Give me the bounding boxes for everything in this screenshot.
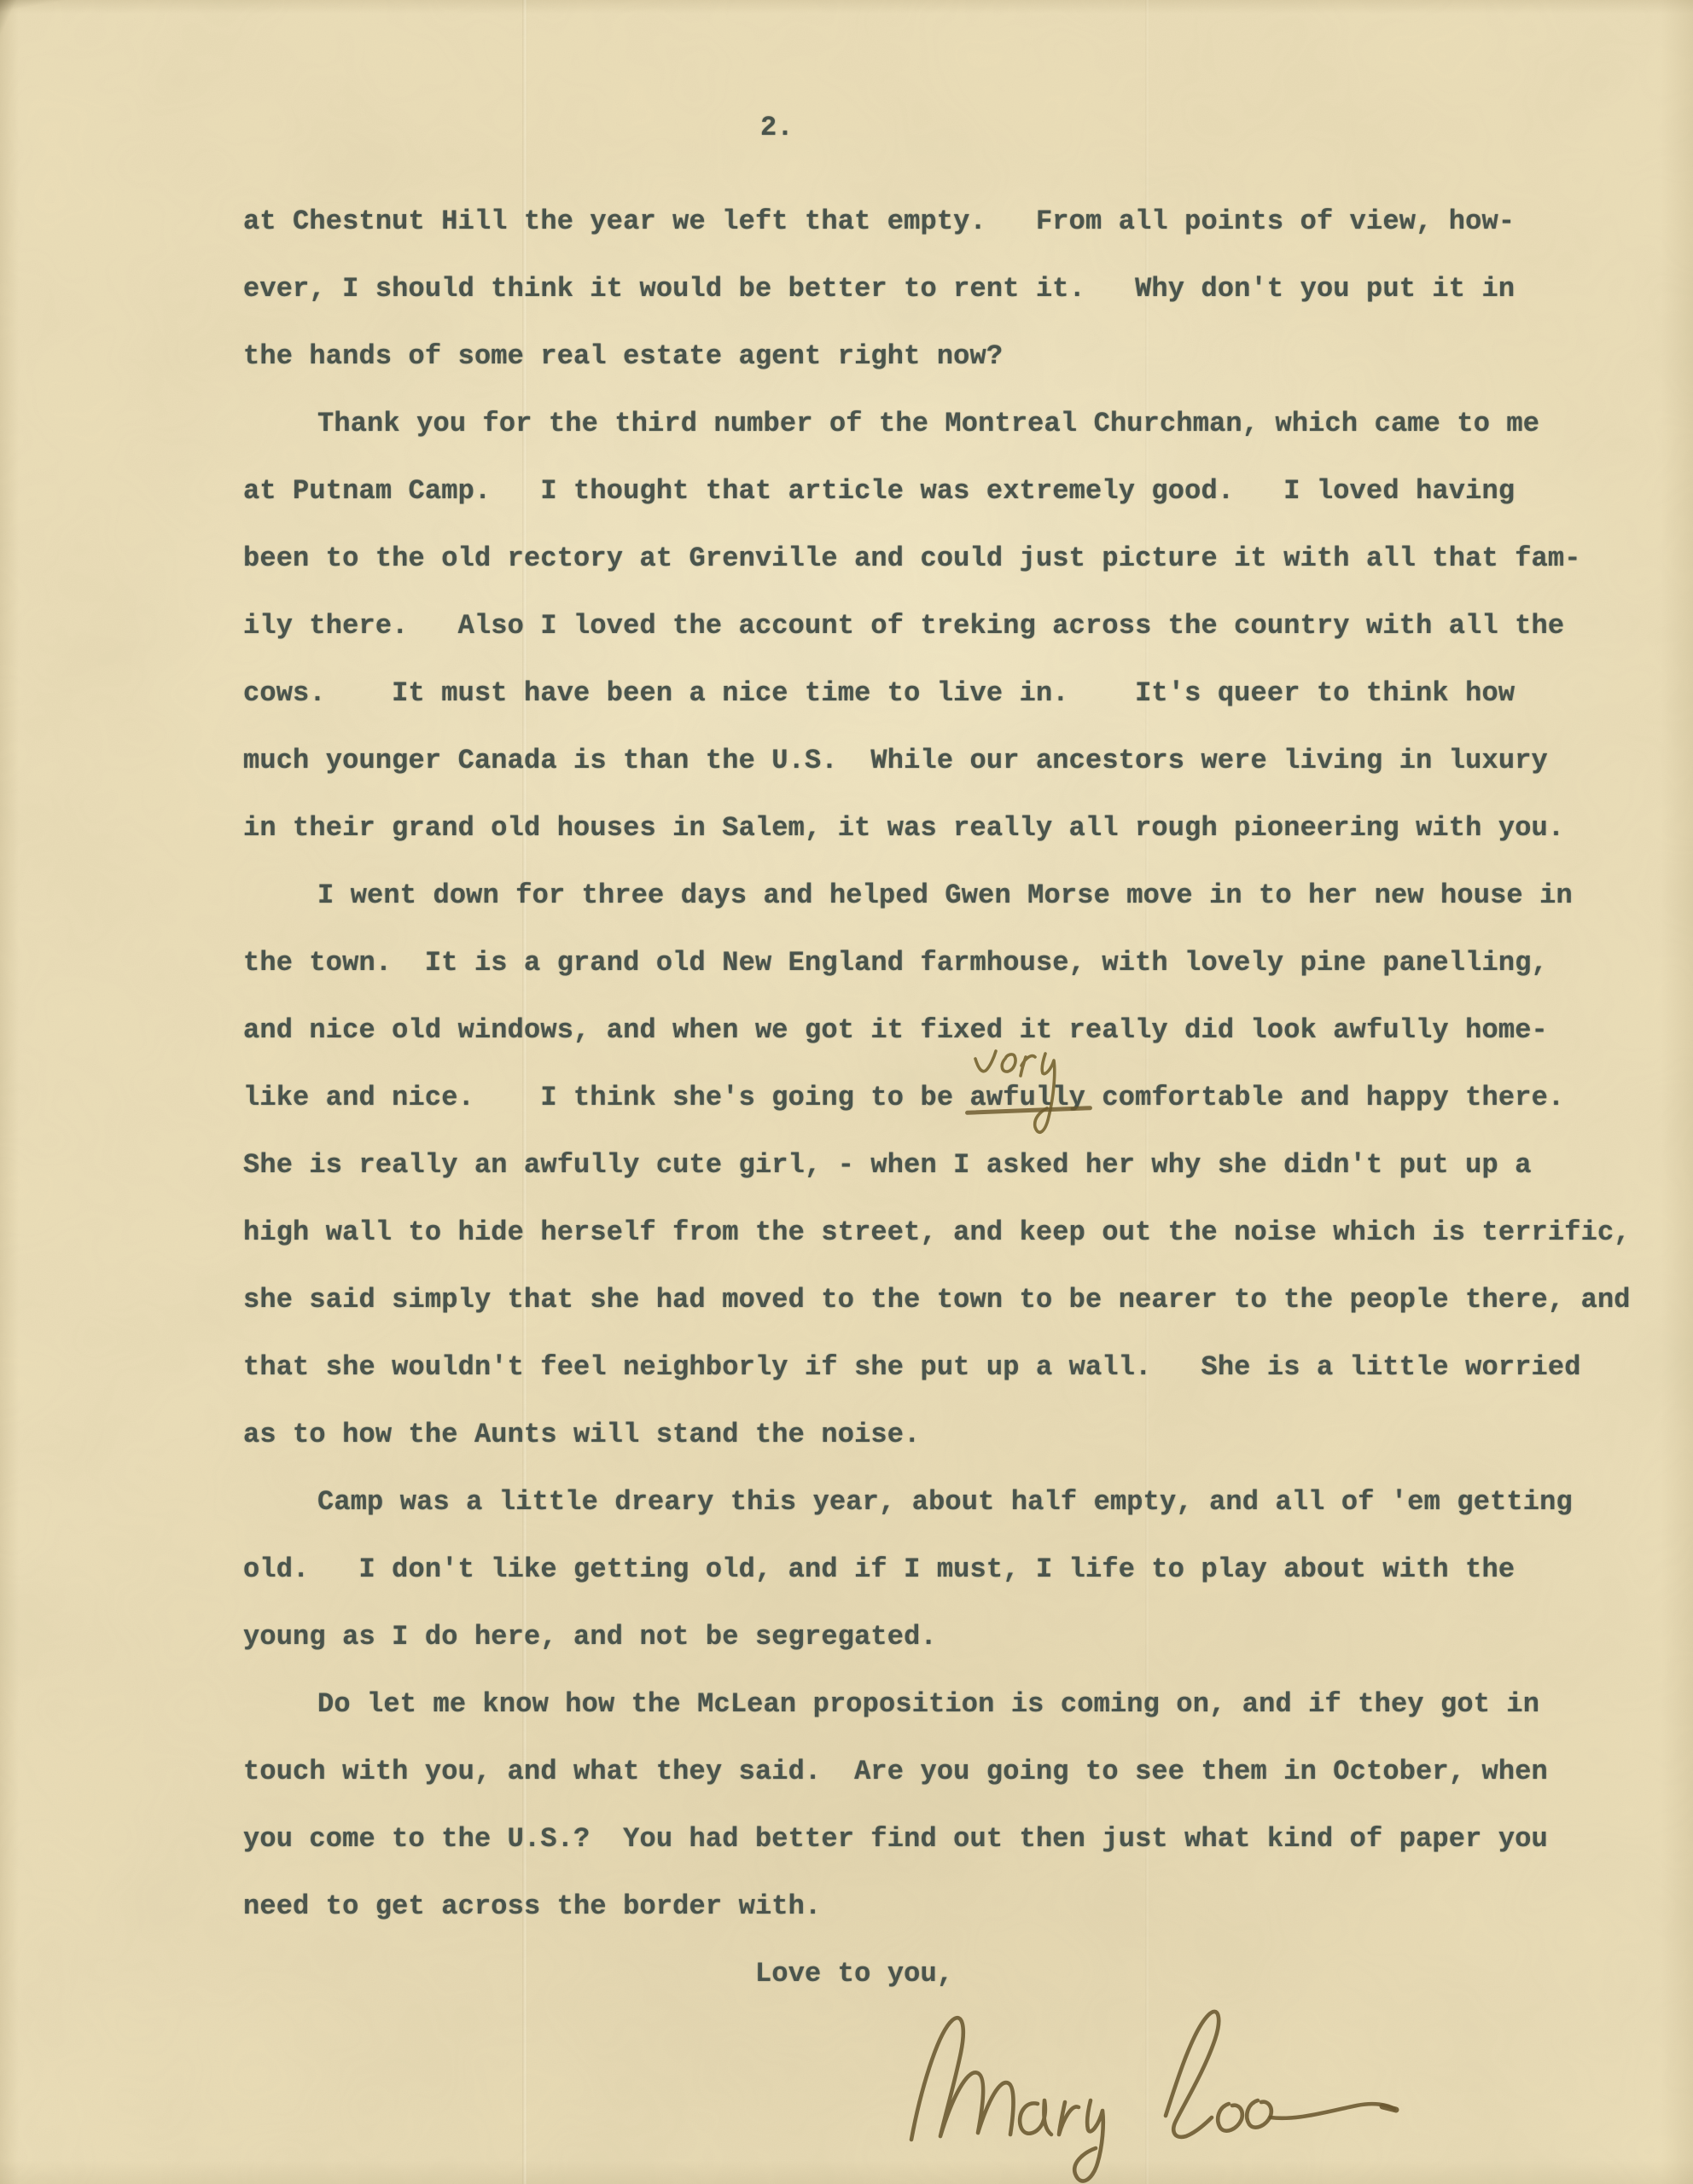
typed-line: that she wouldn't feel neighborly if she…	[243, 1333, 1693, 1401]
typed-line: been to the old rectory at Grenville and…	[243, 525, 1693, 592]
typed-line: young as I do here, and not be segregate…	[243, 1603, 1693, 1670]
typed-line: as to how the Aunts will stand the noise…	[243, 1401, 1693, 1468]
typed-line: and nice old windows, and when we got it…	[243, 996, 1693, 1064]
typed-line: Camp was a little dreary this year, abou…	[243, 1468, 1693, 1536]
typed-line: at Putnam Camp. I thought that article w…	[243, 457, 1693, 525]
typed-line: the town. It is a grand old New England …	[243, 929, 1693, 996]
signature-mary-lee	[870, 1993, 1417, 2184]
typed-line: cows. It must have been a nice time to l…	[243, 659, 1693, 727]
typed-line: the hands of some real estate agent righ…	[243, 322, 1693, 390]
typed-line: She is really an awfully cute girl, - wh…	[243, 1131, 1693, 1199]
page-number: 2.	[760, 114, 794, 142]
letter-page: 2. at Chestnut Hill the year we left tha…	[0, 0, 1693, 2184]
typed-line: like and nice. I think she's going to be…	[243, 1064, 1693, 1131]
letter-body: at Chestnut Hill the year we left that e…	[243, 188, 1693, 2007]
typed-line: much younger Canada is than the U.S. Whi…	[243, 727, 1693, 794]
struck-word: awfully	[970, 1064, 1085, 1131]
typed-line: high wall to hide herself from the stree…	[243, 1199, 1693, 1266]
typed-line: you come to the U.S.? You had better fin…	[243, 1805, 1693, 1873]
typed-line: old. I don't like getting old, and if I …	[243, 1536, 1693, 1603]
typed-line: ily there. Also I loved the account of t…	[243, 592, 1693, 659]
typed-line: at Chestnut Hill the year we left that e…	[243, 188, 1693, 255]
typed-line: Love to you,	[243, 1940, 1693, 2007]
typed-line: I went down for three days and helped Gw…	[243, 862, 1693, 929]
typed-line: touch with you, and what they said. Are …	[243, 1738, 1693, 1805]
typed-line: ever, I should think it would be better …	[243, 255, 1693, 322]
typed-line: Do let me know how the McLean propositio…	[243, 1670, 1693, 1738]
typed-line: in their grand old houses in Salem, it w…	[243, 794, 1693, 862]
paper-corner-shadow	[0, 0, 188, 222]
typed-line: she said simply that she had moved to th…	[243, 1266, 1693, 1333]
typed-line: Thank you for the third number of the Mo…	[243, 390, 1693, 457]
typed-line: need to get across the border with.	[243, 1873, 1693, 1940]
